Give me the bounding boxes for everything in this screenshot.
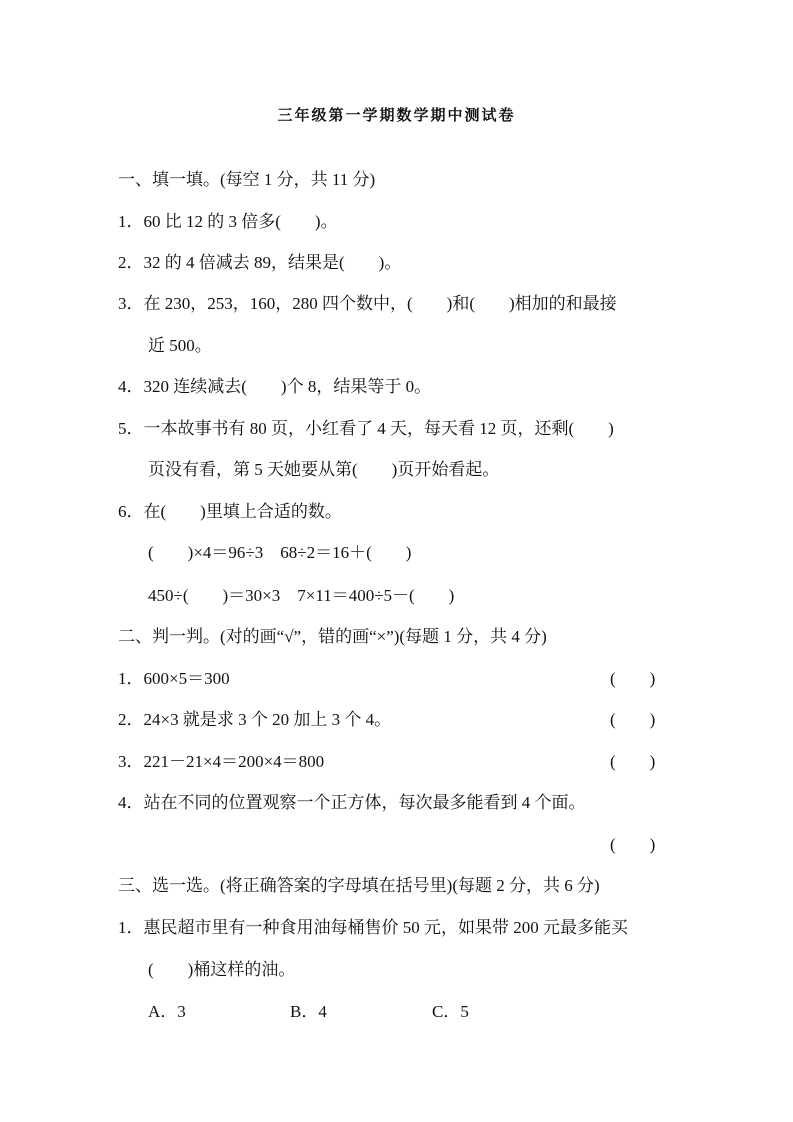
answer-paren: ( ) <box>610 708 655 732</box>
fill-question-5: 5．一本故事书有 80 页，小红看了 4 天，每天看 12 页，还剩( ) <box>118 417 614 441</box>
judge-question-3: 3．221－21×4＝200×4＝800 <box>118 750 324 774</box>
section-heading-multiple-choice: 三、选一选。(将正确答案的字母填在括号里)(每题 2 分，共 6 分) <box>118 874 600 898</box>
judge-question-1: 1．600×5＝300 <box>118 667 230 691</box>
fill-question-3: 3．在 230，253，160，280 四个数中，( )和( )相加的和最接 <box>118 292 617 316</box>
choice-question-1: 1．惠民超市里有一种食用油每桶售价 50 元，如果带 200 元最多能买 <box>118 916 628 940</box>
judge-question-4: 4．站在不同的位置观察一个正方体，每次最多能看到 4 个面。 <box>118 791 586 815</box>
section-heading-true-false: 二、判一判。(对的画“√”，错的画“×”)(每题 1 分，共 4 分) <box>118 625 547 649</box>
option-c: C．5 <box>432 1000 469 1024</box>
answer-paren: ( ) <box>610 667 655 691</box>
answer-paren: ( ) <box>610 750 655 774</box>
fill-question-6-equations-2: 450÷( )＝30×3 7×11＝400÷5－( ) <box>148 584 454 608</box>
fill-question-3-continued: 近 500。 <box>148 334 212 358</box>
judge-question-2: 2．24×3 就是求 3 个 20 加上 3 个 4。 <box>118 708 391 732</box>
fill-question-2: 2．32 的 4 倍减去 89，结果是( )。 <box>118 251 401 275</box>
option-a: A．3 <box>148 1000 186 1024</box>
fill-question-5-continued: 页没有看，第 5 天她要从第( )页开始看起。 <box>148 458 499 482</box>
fill-question-4: 4．320 连续减去( )个 8，结果等于 0。 <box>118 375 431 399</box>
fill-question-1: 1．60 比 12 的 3 倍多( )。 <box>118 210 338 234</box>
option-b: B．4 <box>290 1000 327 1024</box>
page-title: 三年级第一学期数学期中测试卷 <box>0 104 793 125</box>
answer-paren: ( ) <box>610 833 655 857</box>
fill-question-6: 6．在( )里填上合适的数。 <box>118 500 342 524</box>
fill-question-6-equations-1: ( )×4＝96÷3 68÷2＝16＋( ) <box>148 541 411 565</box>
choice-question-1-continued: ( )桶这样的油。 <box>148 958 295 982</box>
section-heading-fill-in: 一、填一填。(每空 1 分，共 11 分) <box>118 168 375 192</box>
